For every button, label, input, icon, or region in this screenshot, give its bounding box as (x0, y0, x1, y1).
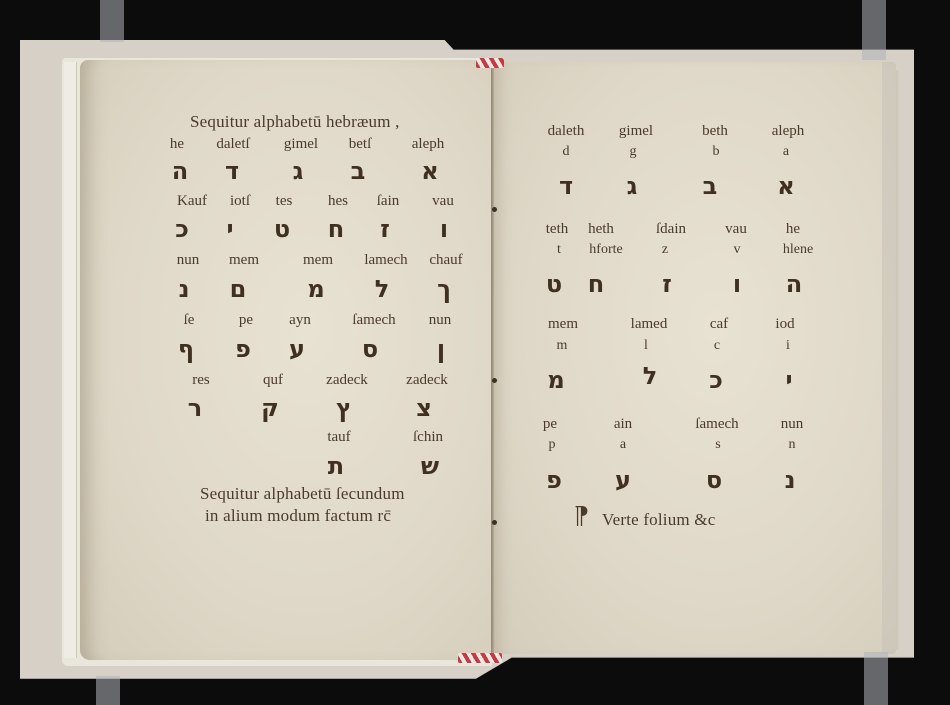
letter-name: ſe (184, 312, 195, 329)
left-heading: Sequitur alphabetū hebræum , (190, 112, 400, 132)
letter-name: ain (614, 416, 632, 433)
book-gutter (491, 62, 494, 660)
latin-letter: b (713, 144, 720, 160)
letter-name: ſamech (352, 312, 395, 329)
hebrew-letter: ה (786, 270, 803, 298)
sewing-hole (492, 520, 497, 525)
letter-name: Kauf (177, 193, 207, 210)
latin-letter: t (557, 242, 561, 258)
letter-name: aleph (772, 123, 804, 140)
letter-name: tes (276, 193, 293, 210)
hebrew-letter: ס (706, 466, 722, 494)
hebrew-letter: ף (178, 335, 194, 363)
letter-name: he (170, 136, 184, 153)
hebrew-letter: ן (437, 335, 445, 363)
hebrew-letter: מ (547, 366, 564, 394)
hebrew-letter: ג (627, 172, 638, 200)
hebrew-letter: פ (546, 466, 562, 494)
letter-name: lamech (364, 252, 407, 269)
mount-strap-bottom-right (864, 652, 888, 705)
latin-letter: hlene (783, 242, 813, 258)
hebrew-letter: ק (261, 394, 279, 422)
letter-name: daletſ (216, 136, 249, 153)
hebrew-letter: צ (416, 394, 432, 422)
letter-name: heth (588, 221, 614, 238)
letter-name: aleph (412, 136, 444, 153)
hebrew-letter: ד (225, 157, 239, 185)
hebrew-letter: ח (588, 270, 605, 298)
latin-letter: n (789, 437, 796, 453)
hebrew-letter: ע (289, 335, 305, 363)
letter-name: caf (710, 316, 728, 333)
letter-name: zadeck (406, 372, 448, 389)
letter-name: ayn (289, 312, 311, 329)
latin-letter: v (734, 242, 741, 258)
hebrew-letter: נ (179, 275, 190, 303)
letter-name: ſain (377, 193, 400, 210)
hebrew-letter: כ (175, 215, 189, 243)
hebrew-letter: ר (188, 394, 202, 422)
letter-name: nun (429, 312, 452, 329)
letter-name: hes (328, 193, 348, 210)
hebrew-letter: ט (274, 215, 290, 243)
letter-name: iod (775, 316, 794, 333)
letter-name: ſamech (695, 416, 738, 433)
hebrew-letter: ב (703, 172, 718, 200)
hebrew-letter: ל (375, 275, 390, 303)
hebrew-letter: ז (380, 215, 390, 243)
hebrew-letter: כ (709, 366, 723, 394)
hebrew-letter: נ (785, 466, 796, 494)
hebrew-letter: ח (328, 215, 345, 243)
right-footer: Verte folium &c (602, 510, 715, 530)
hebrew-letter: ס (362, 335, 378, 363)
mount-strap-top-right (862, 0, 886, 60)
latin-letter: i (786, 338, 790, 354)
letter-name: nun (781, 416, 804, 433)
hebrew-letter: ל (643, 362, 658, 390)
latin-letter: z (662, 242, 668, 258)
letter-name: mem (229, 252, 259, 269)
letter-name: daleth (548, 123, 585, 140)
sewing-hole (492, 378, 497, 383)
letter-name: tauf (327, 429, 350, 446)
hebrew-letter: ם (230, 275, 247, 303)
letter-name: pe (543, 416, 557, 433)
letter-name: mem (303, 252, 333, 269)
hebrew-letter: מ (307, 275, 324, 303)
letter-name: gimel (284, 136, 318, 153)
hebrew-letter: ד (559, 172, 573, 200)
right-page (494, 62, 896, 654)
latin-letter: m (557, 338, 568, 354)
letter-name: lamed (631, 316, 668, 333)
mount-strap-top-left (100, 0, 124, 42)
folder-edge (64, 62, 77, 658)
letter-name: res (192, 372, 210, 389)
hebrew-letter: ך (437, 275, 451, 303)
latin-letter: hforte (589, 242, 622, 258)
hebrew-letter: י (226, 215, 233, 243)
letter-name: quf (263, 372, 283, 389)
sewing-hole (492, 207, 497, 212)
hebrew-letter: ו (440, 215, 448, 243)
hebrew-letter: ה (172, 157, 189, 185)
binding-stitch-top (476, 58, 504, 68)
hebrew-letter: ט (546, 270, 562, 298)
latin-letter: a (620, 437, 626, 453)
paraph-mark: ⁋ (574, 502, 589, 531)
letter-name: ſchin (413, 429, 443, 446)
latin-letter: a (783, 144, 789, 160)
letter-name: mem (548, 316, 578, 333)
letter-name: beth (702, 123, 728, 140)
hebrew-letter: ש (421, 452, 439, 480)
letter-name: zadeck (326, 372, 368, 389)
hebrew-letter: א (421, 157, 438, 185)
latin-letter: d (563, 144, 570, 160)
hebrew-letter: א (777, 172, 794, 200)
hebrew-letter: ו (733, 270, 741, 298)
letter-name: gimel (619, 123, 653, 140)
latin-letter: p (549, 437, 556, 453)
hebrew-letter: ג (293, 157, 304, 185)
hebrew-letter: ץ (336, 394, 352, 422)
letter-name: nun (177, 252, 200, 269)
hebrew-letter: ע (615, 466, 631, 494)
latin-letter: s (715, 437, 720, 453)
mount-strap-bottom-left (96, 676, 120, 705)
hebrew-letter: י (785, 366, 792, 394)
latin-letter: g (630, 144, 637, 160)
latin-letter: c (714, 338, 720, 354)
binding-stitch-bottom (458, 653, 502, 663)
letter-name: pe (239, 312, 253, 329)
left-footer-line-2: in alium modum factum rc̄ (205, 506, 391, 526)
letter-name: betſ (349, 136, 372, 153)
letter-name: he (786, 221, 800, 238)
letter-name: vau (432, 193, 454, 210)
letter-name: teth (546, 221, 569, 238)
letter-name: vau (725, 221, 747, 238)
hebrew-letter: פ (235, 335, 251, 363)
left-footer-line-1: Sequitur alphabetū ſecundum (200, 484, 405, 504)
letter-name: chauf (429, 252, 462, 269)
latin-letter: l (644, 338, 648, 354)
hebrew-letter: ב (351, 157, 366, 185)
letter-name: ſdain (656, 221, 686, 238)
letter-name: iotſ (230, 193, 250, 210)
hebrew-letter: ת (328, 452, 344, 480)
hebrew-letter: ז (662, 270, 672, 298)
